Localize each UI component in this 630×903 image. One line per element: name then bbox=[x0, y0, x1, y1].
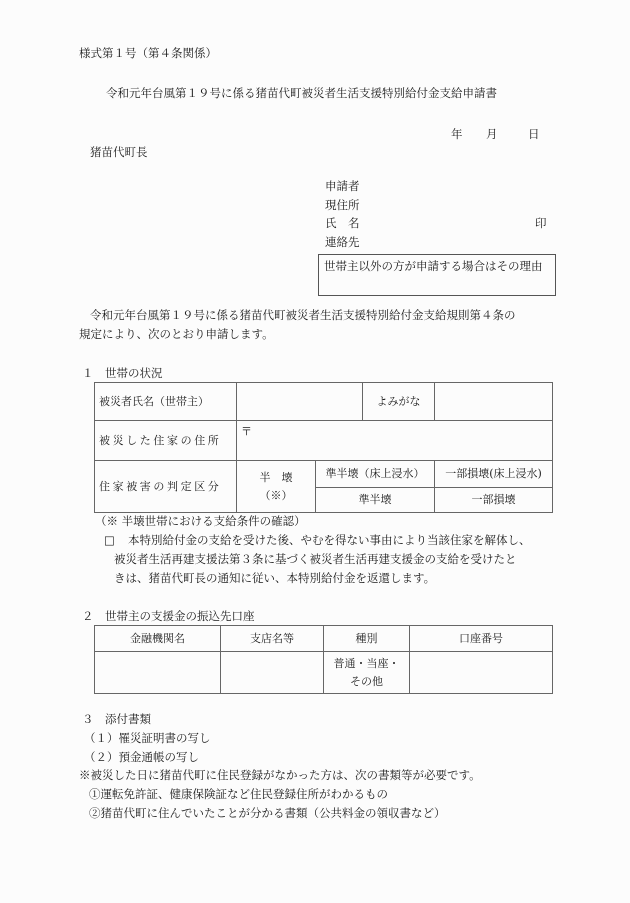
header-account-type: 種別 bbox=[324, 626, 410, 652]
table-row: 金融機関名 支店名等 種別 口座番号 bbox=[95, 626, 553, 652]
attachment-note: ※被災した日に猪苗代町に住民登録がなかった方は、次の書類等が必要です。 bbox=[79, 770, 481, 782]
partial-flood-option[interactable]: 一部損壊(床上浸水) bbox=[435, 461, 553, 488]
partial-option[interactable]: 一部損壊 bbox=[435, 488, 553, 513]
damaged-address-field[interactable]: 〒 bbox=[237, 421, 553, 461]
victim-name-label: 被災者氏名（世帯主） bbox=[95, 383, 237, 421]
section3-heading: ３ 添付書類 bbox=[82, 714, 151, 726]
intro-line-1: 令和元年台風第１９号に係る猪苗代町被災者生活支援特別給付金支給規則第４条の bbox=[90, 310, 516, 322]
attachment-item-1: （１）罹災証明書の写し bbox=[84, 733, 211, 745]
address-label: 現住所 bbox=[325, 200, 360, 212]
damaged-address-label: 被災した住家の住所 bbox=[95, 421, 237, 461]
account-number-field[interactable] bbox=[410, 652, 553, 694]
confirm-checkbox[interactable]: □ bbox=[104, 535, 115, 547]
branch-name-field[interactable] bbox=[221, 652, 324, 694]
victim-name-field[interactable] bbox=[237, 383, 363, 421]
table-row: 普通・当座・ その他 bbox=[95, 652, 553, 694]
table-row: 被災した住家の住所 〒 bbox=[95, 421, 553, 461]
attachment-item-2: （２）預金通帳の写し bbox=[84, 752, 199, 764]
reason-box[interactable]: 世帯主以外の方が申請する場合はその理由 bbox=[318, 254, 556, 296]
header-branch-name: 支店名等 bbox=[221, 626, 324, 652]
half-collapse-option[interactable]: 半 壊 （※） bbox=[237, 461, 316, 513]
date-day: 日 bbox=[528, 129, 540, 141]
account-type-line-1: 普通・当座・ bbox=[328, 655, 405, 672]
quasi-half-option[interactable]: 準半壊 bbox=[316, 488, 435, 513]
applicant-label: 申請者 bbox=[325, 181, 360, 193]
intro-line-2: 規定により、次のとおり申請します。 bbox=[79, 329, 274, 341]
table-row: 住家被害の判定区分 半 壊 （※） 準半壊（床上浸水） 一部損壊(床上浸水) bbox=[95, 461, 553, 488]
account-type-options[interactable]: 普通・当座・ その他 bbox=[324, 652, 410, 694]
bank-name-field[interactable] bbox=[95, 652, 221, 694]
half-collapse-label: 半 壊 bbox=[241, 471, 311, 484]
note-line-1: 本特別給付金の支給を受けた後、やむを得ない事由により当該住家を解体し、 bbox=[128, 535, 531, 547]
header-bank-name: 金融機関名 bbox=[95, 626, 221, 652]
section2-heading: ２ 世帯主の支援金の振込先口座 bbox=[82, 611, 255, 623]
attachment-sub-item-2: ②猪苗代町に住んでいたことが分かる書類（公共料金の領収書など） bbox=[89, 808, 446, 820]
name-label: 氏 名 bbox=[325, 218, 360, 230]
date-year: 年 bbox=[451, 129, 463, 141]
date-month: 月 bbox=[486, 129, 498, 141]
seal-mark: 印 bbox=[535, 218, 547, 230]
bank-account-table: 金融機関名 支店名等 種別 口座番号 普通・当座・ その他 bbox=[94, 625, 553, 694]
note-line-2: 被災者生活再建支援法第３条に基づく被災者生活再建支援金の支給を受けたと bbox=[114, 554, 517, 566]
account-type-line-2: その他 bbox=[328, 673, 405, 690]
quasi-half-flood-option[interactable]: 準半壊（床上浸水） bbox=[316, 461, 435, 488]
table-row: 被災者氏名（世帯主） よみがな bbox=[95, 383, 553, 421]
header-account-number: 口座番号 bbox=[410, 626, 553, 652]
attachment-sub-item-1: ①運転免許証、健康保険証など住民登録住所がわかるもの bbox=[89, 789, 388, 801]
half-collapse-note-heading: （※ 半壊世帯における支給条件の確認） bbox=[95, 516, 306, 528]
reading-label: よみがな bbox=[363, 383, 435, 421]
section1-heading: １ 世帯の状況 bbox=[82, 368, 163, 380]
form-number: 様式第１号（第４条関係） bbox=[79, 48, 217, 60]
reading-field[interactable] bbox=[435, 383, 553, 421]
addressee: 猪苗代町長 bbox=[90, 147, 148, 159]
postal-mark: 〒 bbox=[241, 425, 252, 438]
contact-label: 連絡先 bbox=[325, 237, 360, 249]
half-collapse-note: （※） bbox=[241, 489, 311, 502]
page-title: 令和元年台風第１９号に係る猪苗代町被災者生活支援特別給付金支給申請書 bbox=[106, 88, 497, 100]
household-table: 被災者氏名（世帯主） よみがな 被災した住家の住所 〒 住家被害の判定区分 半 … bbox=[94, 382, 553, 513]
note-line-3: きは、猪苗代町長の通知に従い、本特別給付金を返還します。 bbox=[114, 573, 435, 585]
damage-category-label: 住家被害の判定区分 bbox=[95, 461, 237, 513]
reason-box-label: 世帯主以外の方が申請する場合はその理由 bbox=[324, 261, 543, 273]
